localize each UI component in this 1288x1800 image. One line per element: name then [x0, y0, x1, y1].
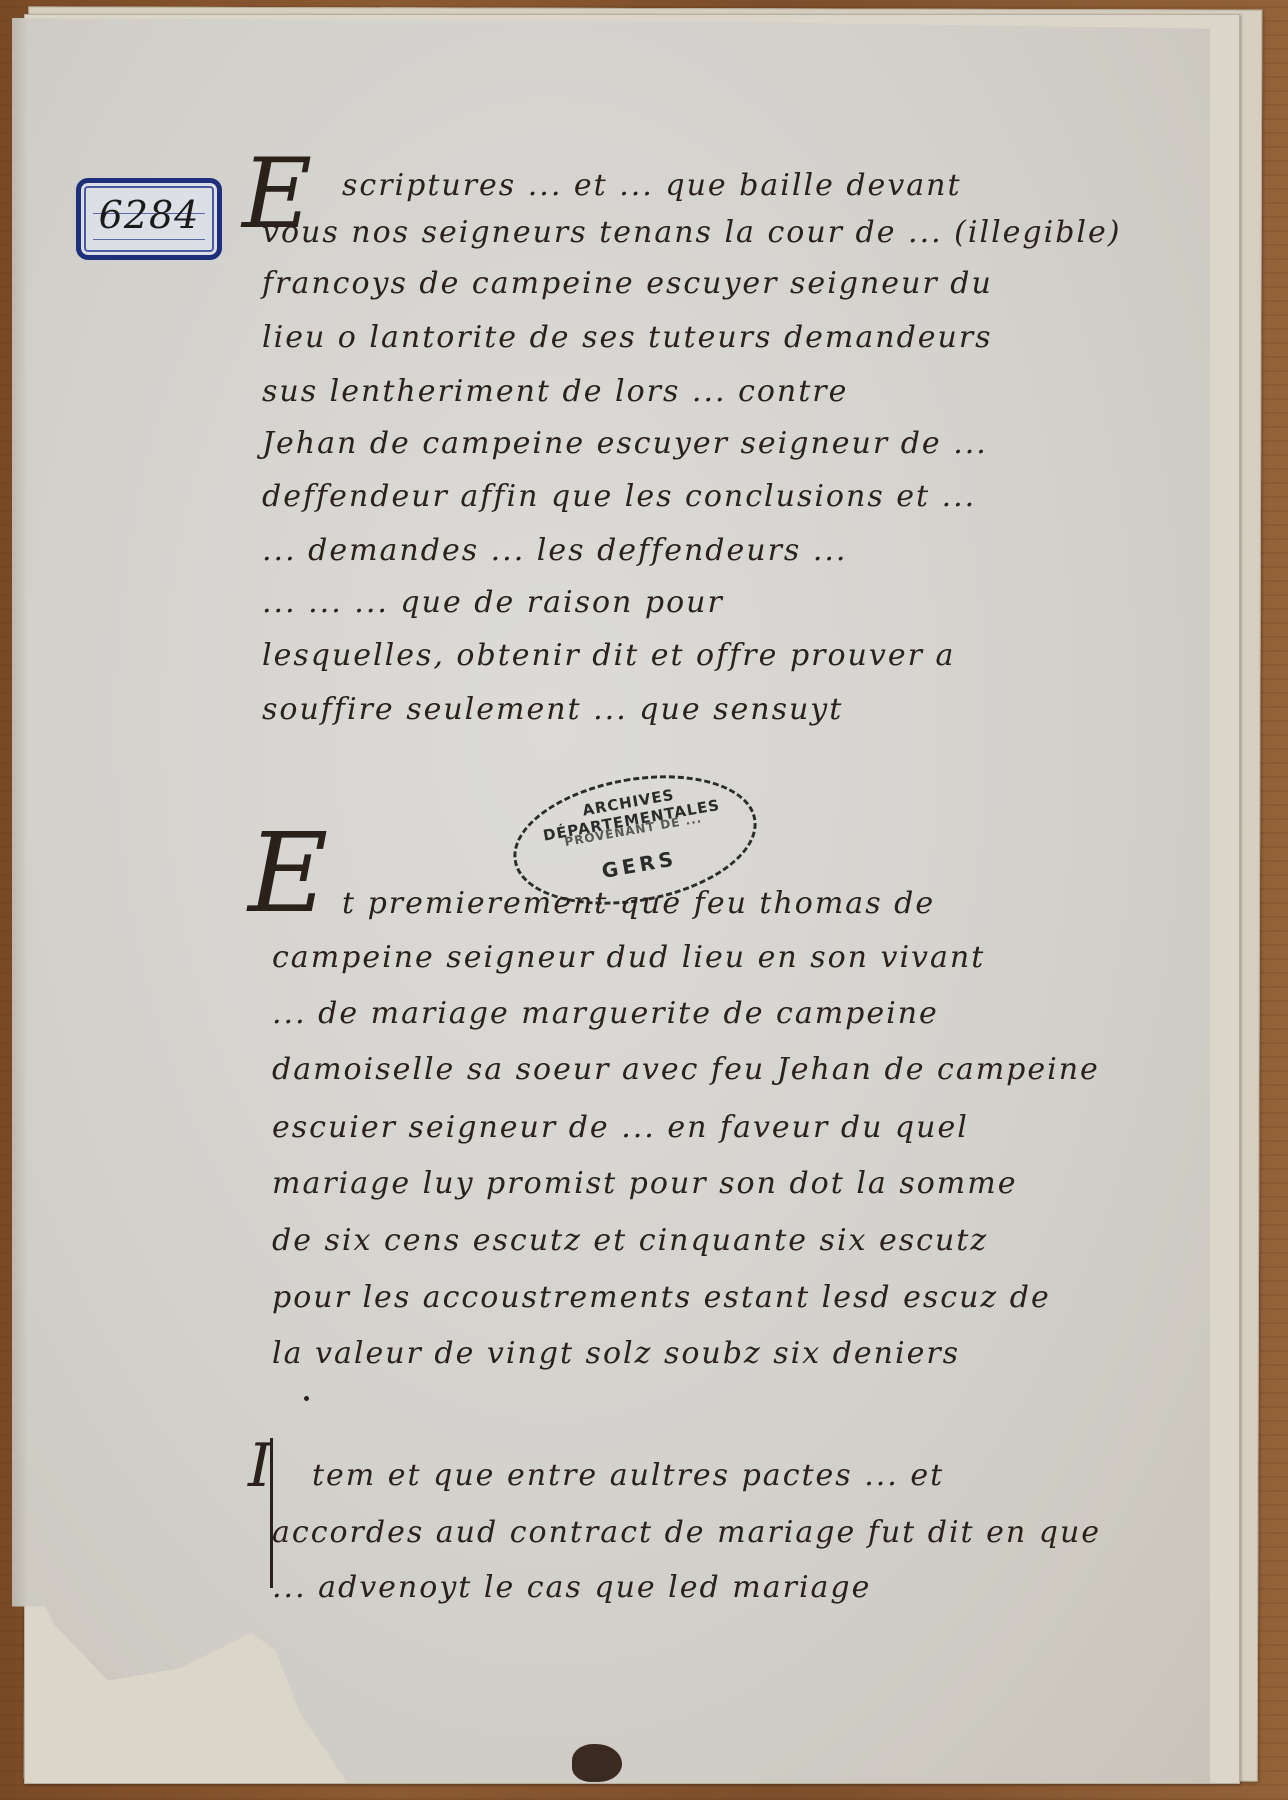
- text-line: tem et que entre aultres pactes ... et: [312, 1458, 944, 1493]
- decorated-initial: E: [248, 818, 328, 928]
- text-line: campeine seigneur dud lieu en son vivant: [272, 940, 985, 975]
- catalog-number: 6284: [81, 193, 217, 237]
- text-line: vous nos seigneurs tenans la cour de ...…: [262, 215, 1121, 250]
- text-line: ... advenoyt le cas que led mariage: [272, 1570, 871, 1605]
- ink-dot: [304, 1396, 309, 1401]
- label-rule: [93, 239, 205, 240]
- ink-stain: [572, 1744, 622, 1782]
- text-line: Jehan de campeine escuyer seigneur de ..…: [262, 426, 988, 461]
- text-line: t premierement que feu thomas de: [342, 886, 935, 921]
- text-line: pour les accoustrements estant lesd escu…: [272, 1280, 1051, 1315]
- text-line: ... de mariage marguerite de campeine: [272, 996, 939, 1031]
- text-line: souffire seulement ... que sensuyt: [262, 692, 843, 727]
- manuscript-page: 6284 E scriptures ... et ... que baille …: [12, 18, 1210, 1783]
- catalog-label: 6284: [76, 178, 222, 260]
- text-line: escuier seigneur de ... en faveur du que…: [272, 1110, 969, 1145]
- text-line: deffendeur affin que les conclusions et …: [262, 479, 976, 514]
- text-line: sus lentheriment de lors ... contre: [262, 374, 848, 409]
- text-line: damoiselle sa soeur avec feu Jehan de ca…: [272, 1052, 1100, 1087]
- text-line: lesquelles, obtenir dit et offre prouver…: [262, 638, 955, 673]
- text-line: mariage luy promist pour son dot la somm…: [272, 1166, 1017, 1201]
- text-line: ... demandes ... les deffendeurs ...: [262, 533, 847, 568]
- text-line: de six cens escutz et cinquante six escu…: [272, 1223, 988, 1258]
- text-line: accordes aud contract de mariage fut dit…: [272, 1515, 1101, 1550]
- text-line: scriptures ... et ... que baille devant: [342, 168, 962, 203]
- text-line: lieu o lantorite de ses tuteurs demandeu…: [262, 320, 993, 355]
- text-line: la valeur de vingt solz soubz six denier…: [272, 1336, 960, 1371]
- page-fold-shadow: [12, 18, 28, 1783]
- text-line: francoys de campeine escuyer seigneur du: [262, 266, 993, 301]
- text-line: ... ... ... que de raison pour: [262, 585, 724, 620]
- decorated-initial: I: [248, 1436, 272, 1496]
